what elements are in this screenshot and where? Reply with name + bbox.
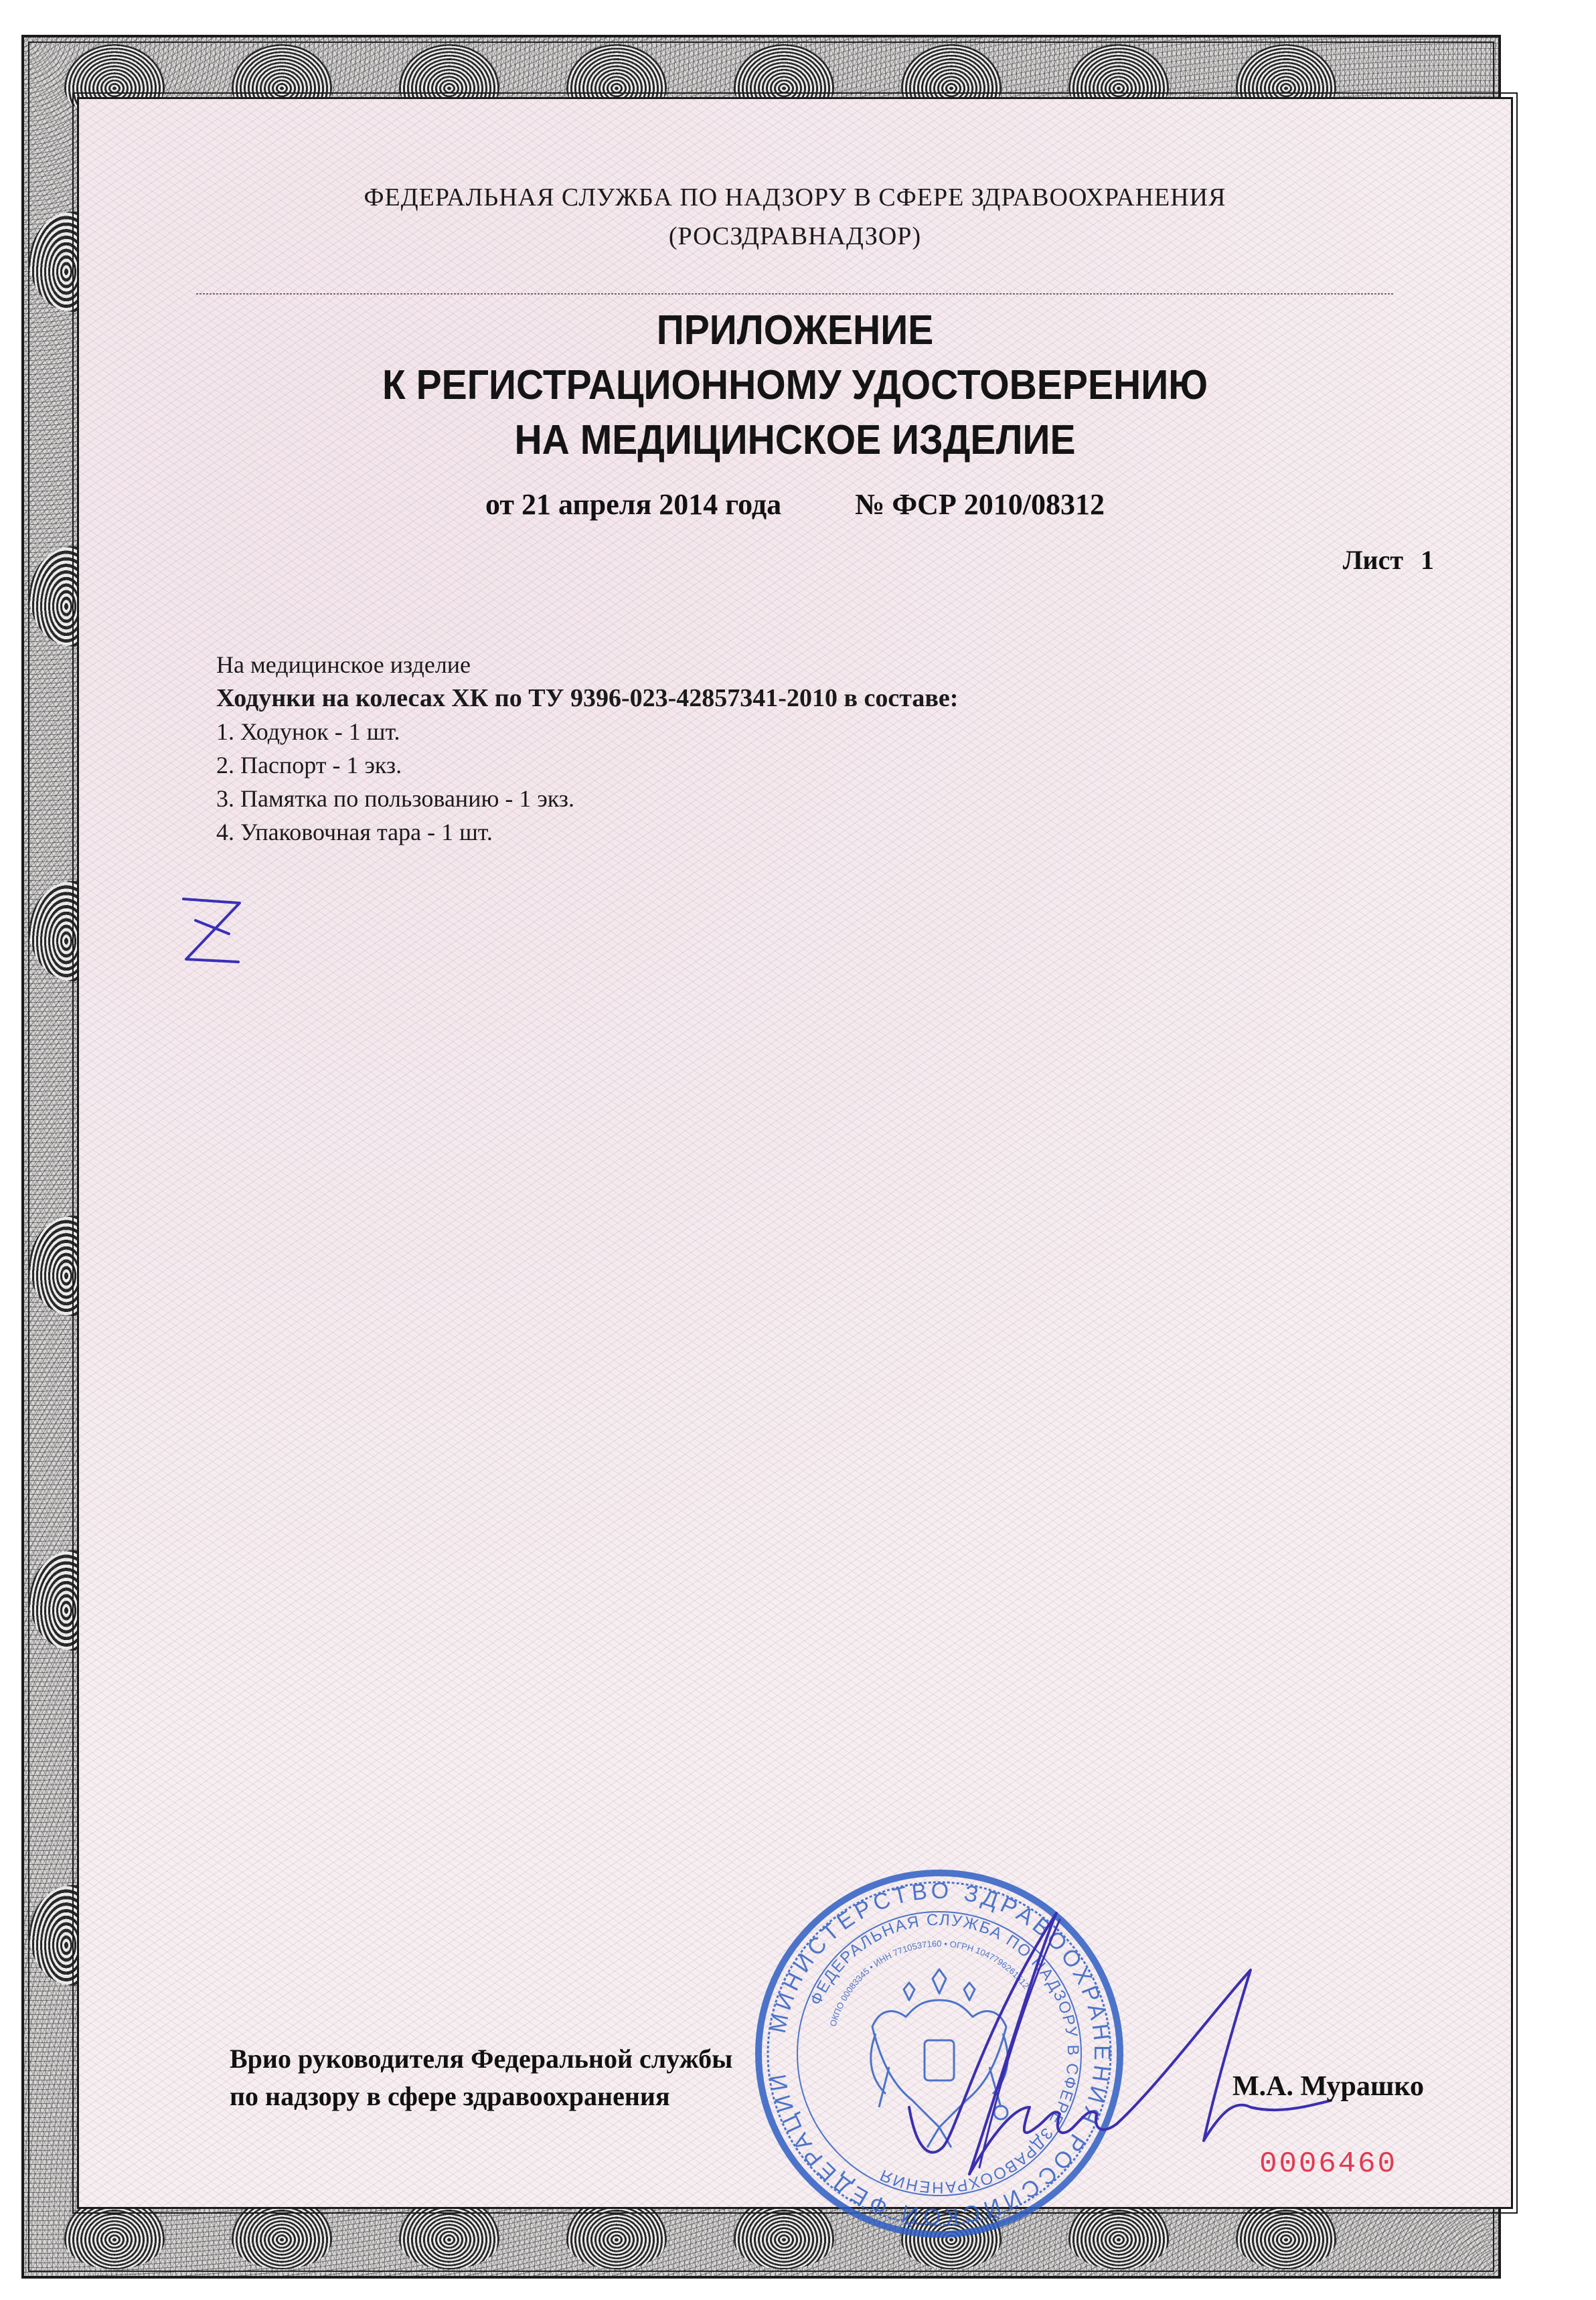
device-description: На медицинское изделие Ходунки на колеса… [216,648,958,849]
sheet-number: Лист1 [1343,544,1434,576]
title-line-1: ПРИЛОЖЕНИЕ [137,303,1454,358]
signer-name: М.А. Мурашко [1232,2070,1424,2103]
components-list: 1. Ходунок - 1 шт. 2. Паспорт - 1 экз. 3… [216,715,958,849]
microtext-divider [196,293,1394,295]
sheet-value: 1 [1421,545,1434,575]
agency-name: ФЕДЕРАЛЬНАЯ СЛУЖБА ПО НАДЗОРУ В СФЕРЕ ЗД… [79,178,1511,217]
handwritten-z-mark [173,892,246,966]
issuing-agency: ФЕДЕРАЛЬНАЯ СЛУЖБА ПО НАДЗОРУ В СФЕРЕ ЗД… [79,178,1511,256]
intro-text: На медицинское изделие [216,648,958,681]
product-name: Ходунки на колесах ХК по ТУ 9396-023-428… [216,681,958,715]
registration-date: от 21 апреля 2014 года [485,488,781,521]
list-item: 1. Ходунок - 1 шт. [216,715,958,748]
title-line-3: НА МЕДИЦИНСКОЕ ИЗДЕЛИЕ [137,413,1454,468]
form-serial-number: 0006460 [1259,2147,1397,2181]
agency-abbreviation: (РОСЗДРАВНАДЗОР) [79,217,1511,256]
registration-line: от 21 апреля 2014 года№ ФСР 2010/08312 [79,487,1511,521]
signer-position-line-2: по надзору в сфере здравоохранения [230,2078,732,2115]
registration-number: № ФСР 2010/08312 [855,488,1105,521]
title-line-2: К РЕГИСТРАЦИОННОМУ УДОСТОВЕРЕНИЮ [137,358,1454,413]
list-item: 4. Упаковочная тара - 1 шт. [216,815,958,849]
document-title: ПРИЛОЖЕНИЕ К РЕГИСТРАЦИОННОМУ УДОСТОВЕРЕ… [137,303,1454,468]
signer-position-line-1: Врио руководителя Федеральной службы [230,2040,732,2078]
sheet-label: Лист [1343,545,1403,575]
certificate-sheet: ФЕДЕРАЛЬНАЯ СЛУЖБА ПО НАДЗОРУ В СФЕРЕ ЗД… [77,97,1513,2209]
list-item: 3. Памятка по пользованию - 1 экз. [216,782,958,815]
signer-position: Врио руководителя Федеральной службы по … [230,2040,732,2115]
list-item: 2. Паспорт - 1 экз. [216,748,958,782]
